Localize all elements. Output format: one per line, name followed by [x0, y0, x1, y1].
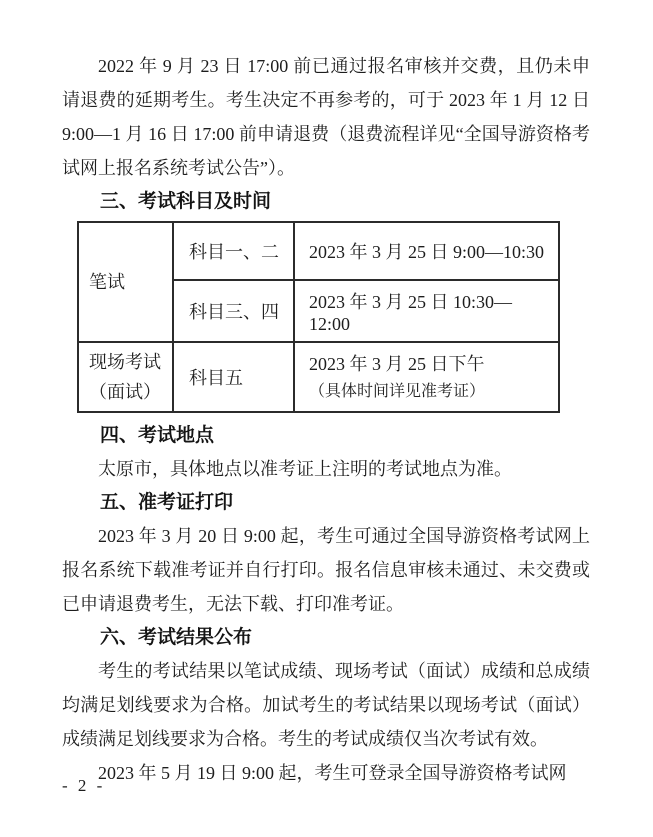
heading-exam-location: 四、考试地点: [62, 419, 590, 452]
heading-exam-subjects-and-time: 三、考试科目及时间: [62, 185, 590, 218]
paragraph-exam-location: 太原市，具体地点以准考证上注明的考试地点为准。: [62, 452, 590, 486]
cell-subject-five: 科目五: [173, 342, 294, 412]
cell-subject-three-four: 科目三、四: [173, 280, 294, 342]
heading-admission-ticket-printing: 五、准考证打印: [62, 486, 590, 519]
paragraph-results-login: 2023 年 5 月 19 日 9:00 起，考生可登录全国导游资格考试网: [62, 756, 590, 790]
cell-time-afternoon: 2023 年 3 月 25 日下午 （具体时间详见准考证）: [294, 342, 559, 412]
page-number: - 2 -: [62, 776, 105, 796]
table-row-written-1: 笔试 科目一、二 2023 年 3 月 25 日 9:00—10:30: [78, 222, 559, 280]
paragraph-admission-ticket-printing: 2023 年 3 月 20 日 9:00 起，考生可通过全国导游资格考试网上报名…: [62, 519, 590, 621]
cell-time-morning-early: 2023 年 3 月 25 日 9:00—10:30: [294, 222, 559, 280]
paragraph-exam-results-criteria: 考生的考试结果以笔试成绩、现场考试（面试）成绩和总成绩均满足划线要求为合格。加试…: [62, 654, 590, 756]
heading-exam-results-announcement: 六、考试结果公布: [62, 621, 590, 654]
cell-subject-one-two: 科目一、二: [173, 222, 294, 280]
exam-schedule-table: 笔试 科目一、二 2023 年 3 月 25 日 9:00—10:30 科目三、…: [77, 221, 560, 413]
time-afternoon-text: 2023 年 3 月 25 日下午: [309, 352, 552, 376]
cell-exam-type-onsite-interview: 现场考试（面试）: [78, 342, 173, 412]
document-page: 2022 年 9 月 23 日 17:00 前已通过报名审核并交费，且仍未申请退…: [0, 0, 653, 837]
cell-exam-type-written: 笔试: [78, 222, 173, 342]
paragraph-refund-policy: 2022 年 9 月 23 日 17:00 前已通过报名审核并交费，且仍未申请退…: [62, 49, 590, 185]
time-afternoon-note: （具体时间详见准考证）: [309, 381, 552, 403]
table-row-onsite: 现场考试（面试） 科目五 2023 年 3 月 25 日下午 （具体时间详见准考…: [78, 342, 559, 412]
cell-time-morning-late: 2023 年 3 月 25 日 10:30—12:00: [294, 280, 559, 342]
